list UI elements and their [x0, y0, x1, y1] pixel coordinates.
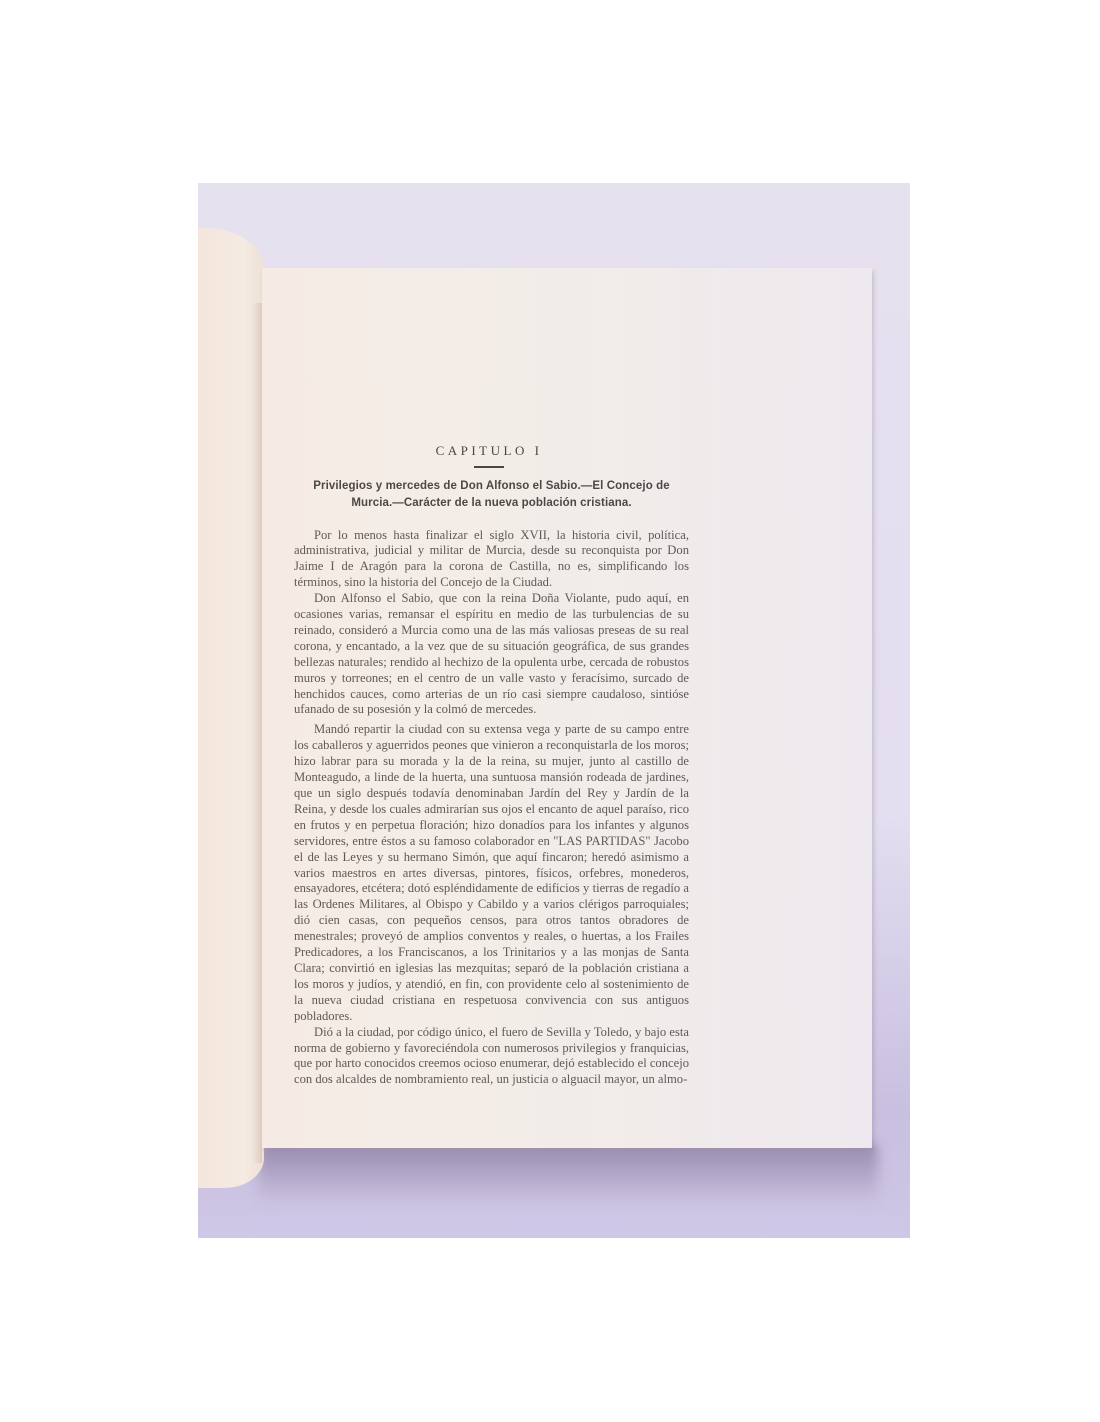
- paragraph: Don Alfonso el Sabio, que con la reina D…: [294, 591, 689, 718]
- paragraph: Dió a la ciudad, por código único, el fu…: [294, 1025, 689, 1089]
- chapter-heading: CAPITULO I: [294, 443, 684, 459]
- paragraph: Mandó repartir la ciudad con su extensa …: [294, 722, 689, 1024]
- chapter-subtitle: Privilegios y mercedes de Don Alfonso el…: [294, 478, 689, 512]
- page-text: CAPITULO I Privilegios y mercedes de Don…: [294, 443, 694, 1088]
- heading-rule: [474, 466, 504, 468]
- book-shadow: [258, 1145, 878, 1205]
- left-page-edge: [252, 303, 262, 1163]
- book-photo: CAPITULO I Privilegios y mercedes de Don…: [198, 183, 910, 1238]
- body-text: Por lo menos hasta finalizar el siglo XV…: [294, 528, 689, 1089]
- paragraph: Por lo menos hasta finalizar el siglo XV…: [294, 528, 689, 592]
- right-page: CAPITULO I Privilegios y mercedes de Don…: [262, 268, 872, 1148]
